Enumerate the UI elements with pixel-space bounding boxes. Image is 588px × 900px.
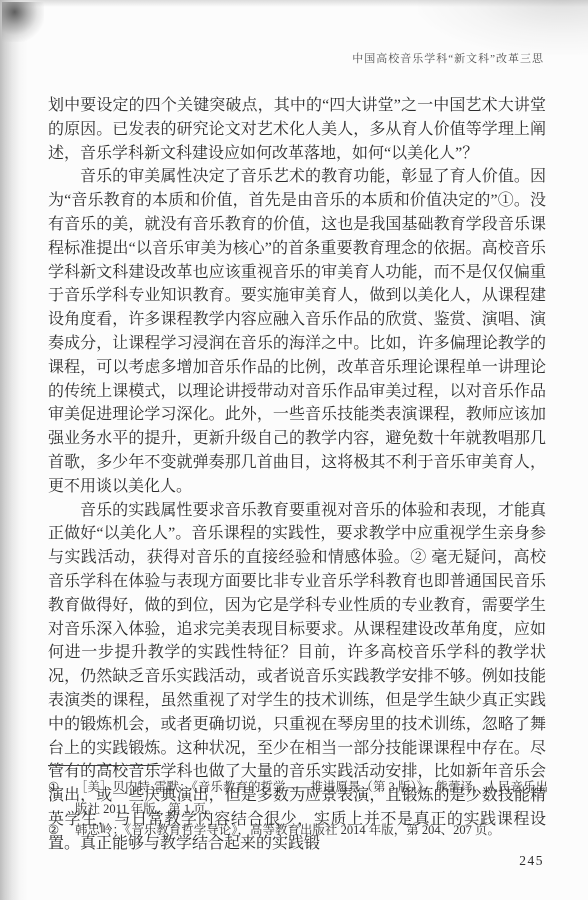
footnote-item-1: ① ［美］贝内特·雷默：《音乐教育的哲学——推进愿景（第 3 版）》，熊蕾译，人… <box>48 777 548 820</box>
scan-left-edge-shadow <box>0 0 28 900</box>
footnote-text-2: 韩忠岭：《音乐教育哲学导论》，高等教育出版社 2014 年版，第 204、207… <box>75 820 548 842</box>
book-page: 中国高校音乐学科“新文科”改革三思 划中要设定的四个关键突破点，其中的“四大讲堂… <box>0 0 588 900</box>
body-paragraph-2: 音乐的审美属性决定了音乐艺术的教育功能，彰显了育人价值。因为“音乐教育的本质和价… <box>48 165 546 498</box>
page-number: 245 <box>519 853 544 869</box>
footnote-item-2: ② 韩忠岭：《音乐教育哲学导论》，高等教育出版社 2014 年版，第 204、2… <box>48 820 548 842</box>
body-text: 划中要设定的四个关键突破点，其中的“四大讲堂”之一中国艺术大讲堂的原因。已发表的… <box>48 94 546 856</box>
scan-top-edge-shadow <box>0 0 588 7</box>
scan-top-left-corner-shadow <box>2 2 44 42</box>
footnotes: ① ［美］贝内特·雷默：《音乐教育的哲学——推进愿景（第 3 版）》，熊蕾译，人… <box>48 777 548 842</box>
body-paragraph-1: 划中要设定的四个关键突破点，其中的“四大讲堂”之一中国艺术大讲堂的原因。已发表的… <box>48 94 546 165</box>
footnote-separator <box>48 765 161 766</box>
footnote-marker-1: ① <box>48 777 66 799</box>
scan-top-right-shading <box>418 0 588 55</box>
footnote-text-1: ［美］贝内特·雷默：《音乐教育的哲学——推进愿景（第 3 版）》，熊蕾译，人民音… <box>75 777 548 820</box>
running-header: 中国高校音乐学科“新文科”改革三思 <box>352 50 544 66</box>
footnote-marker-2: ② <box>48 820 66 842</box>
